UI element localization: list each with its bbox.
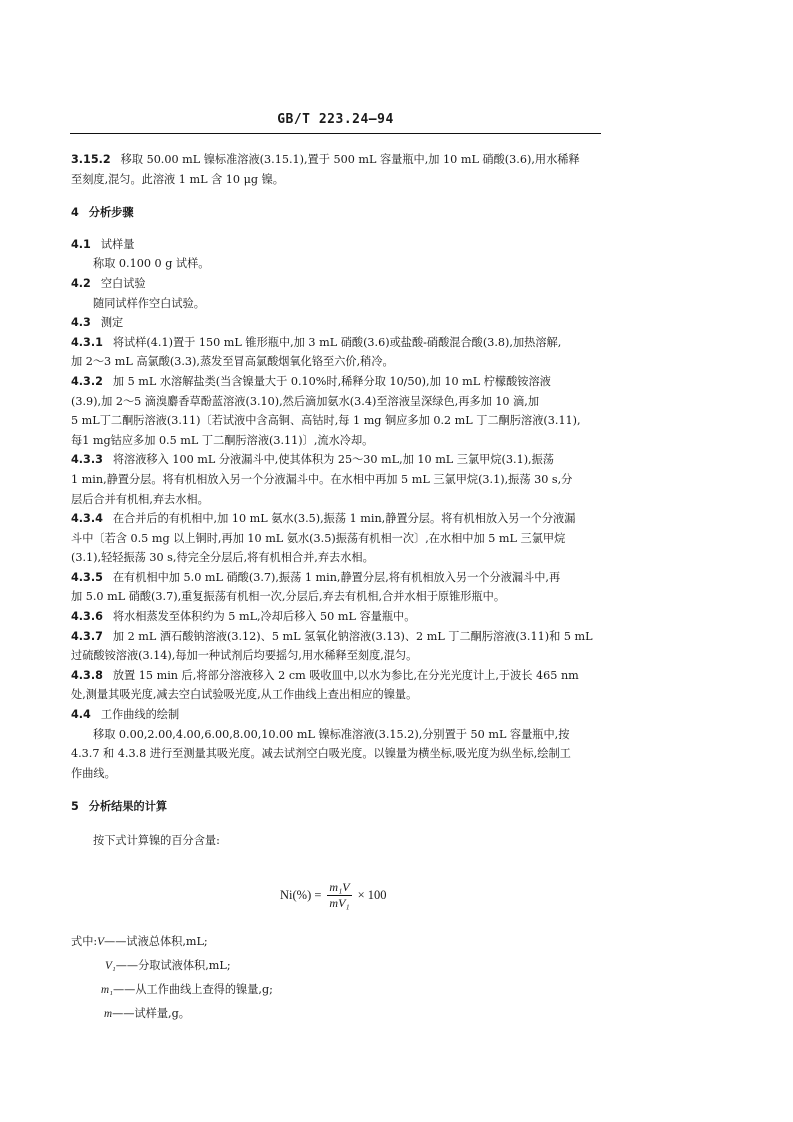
clause-text: 加 5 mL 水溶解盐类(当含镍量大于 0.10%时,稀释分取 10/50),加… <box>113 375 551 388</box>
clause-4-4: 4.4工作曲线的绘制 移取 0.00,2.00,4.00,6.00,8.00,1… <box>71 705 601 783</box>
section-4-heading: 4分析步骤 <box>71 203 601 223</box>
clause-number: 4.3.2 <box>71 375 103 388</box>
clause-4-2-heading: 4.2空白试验 <box>71 274 601 294</box>
clause-text: 移取 0.00,2.00,4.00,6.00,8.00,10.00 mL 镍标准… <box>71 725 601 745</box>
clause-4-3-8: 4.3.8放置 15 min 后,将部分溶液移入 2 cm 吸收皿中,以水为参比… <box>71 666 601 705</box>
formula-fraction: m₁V mV₁ <box>327 880 351 911</box>
clause-text: 过硫酸铵溶液(3.14),每加一种试剂后均要摇匀,用水稀释至刻度,混匀。 <box>71 646 601 666</box>
clause-text: 5 mL丁二酮肟溶液(3.11)〔若试液中含高铜、高钴时,每 1 mg 铜应多加… <box>71 411 601 431</box>
clause-text: 4.3.7 和 4.3.8 进行至测量其吸光度。减去试剂空白吸光度。以镍量为横坐… <box>71 744 601 764</box>
clause-number: 4.3 <box>71 316 91 329</box>
clause-title: 工作曲线的绘制 <box>101 708 179 721</box>
clause-text: 将水相蒸发至体积约为 5 mL,冷却后移入 50 mL 容量瓶中。 <box>113 610 416 623</box>
standard-number-header: GB/T 223.24—94 <box>70 112 601 127</box>
variable-symbol: V <box>97 936 104 948</box>
clause-text: 层后合并有机相,弃去水相。 <box>71 490 601 510</box>
clause-number: 4.1 <box>71 238 91 251</box>
clause-text: 加 5.0 mL 硝酸(3.7),重复振荡有机相一次,分层后,弃去有机相,合并水… <box>71 587 601 607</box>
clause-number: 4.3.7 <box>71 630 103 643</box>
document-body: 3.15.2移取 50.00 mL 镍标准溶液(3.15.1),置于 500 m… <box>71 150 601 851</box>
clause-number: 4.2 <box>71 277 91 290</box>
nickel-percentage-formula: Ni(%) = m₁V mV₁ × 100 <box>280 880 387 911</box>
clause-4-3-6: 4.3.6将水相蒸发至体积约为 5 mL,冷却后移入 50 mL 容量瓶中。 <box>71 607 601 627</box>
formula-lhs: Ni(%) = <box>280 888 321 903</box>
clause-number: 4.3.8 <box>71 669 103 682</box>
clause-4-3-4: 4.3.4在合并后的有机相中,加 10 mL 氨水(3.5),振荡 1 min,… <box>71 509 601 568</box>
variable-symbol: m₁ <box>101 984 113 996</box>
clause-4-3-heading: 4.3测定 <box>71 313 601 333</box>
formula-rhs: × 100 <box>358 888 387 903</box>
clause-number: 4.3.5 <box>71 571 103 584</box>
clause-text: 在合并后的有机相中,加 10 mL 氨水(3.5),振荡 1 min,静置分层。… <box>113 512 576 525</box>
clause-3-15-2: 3.15.2移取 50.00 mL 镍标准溶液(3.15.1),置于 500 m… <box>71 150 601 189</box>
clause-title: 空白试验 <box>101 277 146 290</box>
clause-text: 称取 0.100 0 g 试样。 <box>71 254 601 274</box>
clause-text: 放置 15 min 后,将部分溶液移入 2 cm 吸收皿中,以水为参比,在分光光… <box>113 669 579 682</box>
variable-symbol: V₁ <box>105 960 116 972</box>
variables-prefix: 式中: <box>71 935 97 948</box>
variable-description: ——试液总体积,mL; <box>104 935 208 948</box>
clause-number: 3.15.2 <box>71 153 111 166</box>
clause-text: 处,测量其吸光度,减去空白试验吸光度,从工作曲线上查出相应的镍量。 <box>71 685 601 705</box>
section-number: 5 <box>71 800 79 813</box>
clause-4-3-3: 4.3.3将溶液移入 100 mL 分液漏斗中,使其体积为 25～30 mL,加… <box>71 450 601 509</box>
clause-text: 加 2 mL 酒石酸钠溶液(3.12)、5 mL 氢氧化钠溶液(3.13)、2 … <box>113 630 593 643</box>
section-number: 4 <box>71 206 79 219</box>
clause-4-3-2: 4.3.2加 5 mL 水溶解盐类(当含镍量大于 0.10%时,稀释分取 10/… <box>71 372 601 450</box>
clause-text: 斗中〔若含 0.5 mg 以上铜时,再加 10 mL 氨水(3.5)振荡有机相一… <box>71 529 601 549</box>
clause-number: 4.3.3 <box>71 453 103 466</box>
clause-text: 至刻度,混匀。此溶液 1 mL 含 10 μg 镍。 <box>71 170 601 190</box>
clause-text: 将试样(4.1)置于 150 mL 锥形瓶中,加 3 mL 硝酸(3.6)或盐酸… <box>113 336 561 349</box>
clause-number: 4.3.4 <box>71 512 103 525</box>
clause-4-3-7: 4.3.7加 2 mL 酒石酸钠溶液(3.12)、5 mL 氢氧化钠溶液(3.1… <box>71 627 601 666</box>
formula-intro: 按下式计算镍的百分含量: <box>71 831 601 851</box>
clause-text: (3.1),轻轻振荡 30 s,待完全分层后,将有机相合并,弃去水相。 <box>71 548 601 568</box>
clause-text: 作曲线。 <box>71 764 601 784</box>
clause-4-3-1: 4.3.1将试样(4.1)置于 150 mL 锥形瓶中,加 3 mL 硝酸(3.… <box>71 333 601 372</box>
section-5-heading: 5分析结果的计算 <box>71 797 601 817</box>
clause-number: 4.4 <box>71 708 91 721</box>
clause-text: 随同试样作空白试验。 <box>71 294 601 314</box>
clause-title: 测定 <box>101 316 123 329</box>
clause-text: (3.9),加 2～5 滴溴麝香草酚蓝溶液(3.10),然后滴加氨水(3.4)至… <box>71 392 601 412</box>
section-title: 分析步骤 <box>89 206 134 219</box>
header-divider <box>70 133 601 134</box>
fraction-numerator: m₁V <box>327 880 351 896</box>
clause-text: 加 2～3 mL 高氯酸(3.3),蒸发至冒高氯酸烟氧化铬至六价,稍冷。 <box>71 352 601 372</box>
clause-4-3-5: 4.3.5在有机相中加 5.0 mL 硝酸(3.7),振荡 1 min,静置分层… <box>71 568 601 607</box>
clause-text: 在有机相中加 5.0 mL 硝酸(3.7),振荡 1 min,静置分层,将有机相… <box>113 571 560 584</box>
variable-symbol: m <box>104 1008 112 1020</box>
clause-text: 将溶液移入 100 mL 分液漏斗中,使其体积为 25～30 mL,加 10 m… <box>113 453 554 466</box>
variable-description: ——分取试液体积,mL; <box>116 959 231 972</box>
clause-title: 试样量 <box>101 238 135 251</box>
fraction-denominator: mV₁ <box>329 896 349 911</box>
variable-description: ——试样量,g。 <box>112 1007 190 1020</box>
clause-text: 1 min,静置分层。将有机相放入另一个分液漏斗中。在水相中再加 5 mL 三氯… <box>71 470 601 490</box>
clause-4-1-heading: 4.1试样量 <box>71 235 601 255</box>
variable-description: ——从工作曲线上查得的镍量,g; <box>113 983 273 996</box>
clause-text: 每1 mg钴应多加 0.5 mL 丁二酮肟溶液(3.11)〕,流水冷却。 <box>71 431 601 451</box>
variable-definitions: 式中:V——试液总体积,mL; V₁——分取试液体积,mL; m₁——从工作曲线… <box>71 930 273 1026</box>
clause-number: 4.3.6 <box>71 610 103 623</box>
section-title: 分析结果的计算 <box>89 800 167 813</box>
clause-number: 4.3.1 <box>71 336 103 349</box>
clause-text: 移取 50.00 mL 镍标准溶液(3.15.1),置于 500 mL 容量瓶中… <box>121 153 580 166</box>
